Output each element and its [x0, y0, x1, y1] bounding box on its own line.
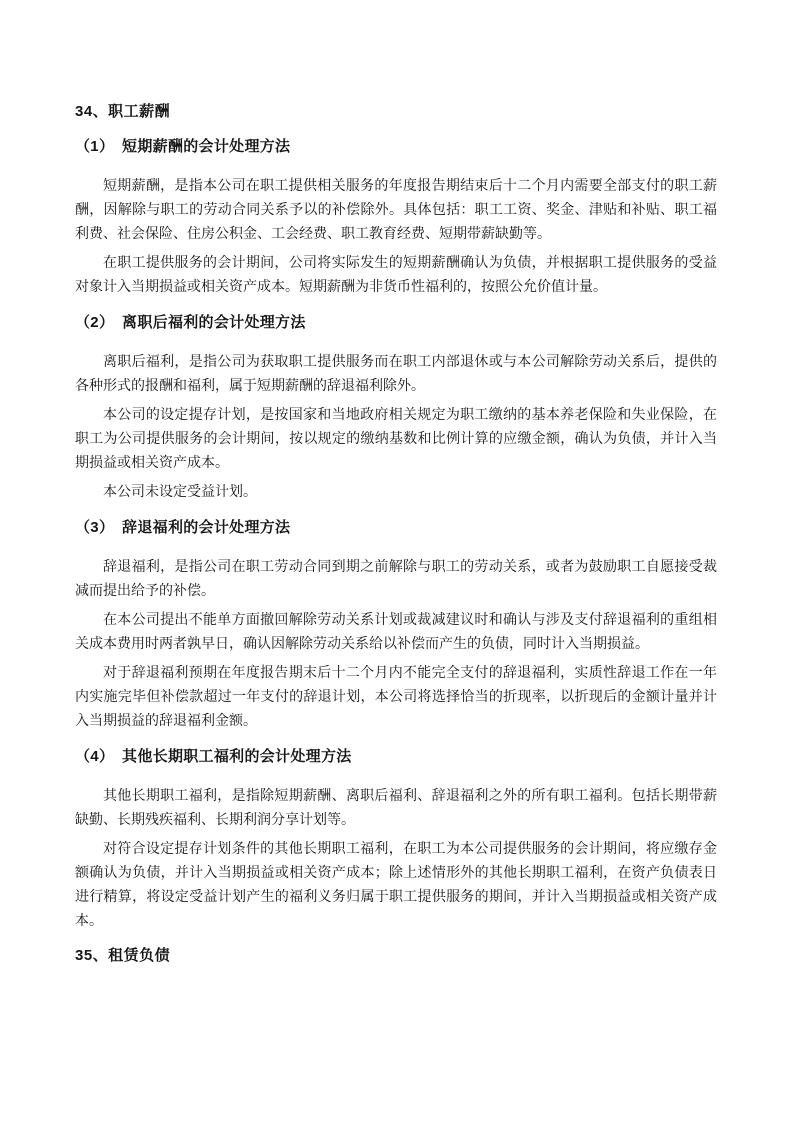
paragraph-short-term-recognition: 在职工提供服务的会计期间，公司将实际发生的短期薪酬确认为负债，并根据职工提供服务…: [75, 252, 717, 300]
subsection-heading-2-post-employment-benefits: （2） 离职后福利的会计处理方法: [75, 311, 717, 335]
section-heading-34-employee-compensation: 34、职工薪酬: [75, 100, 717, 124]
paragraph-termination-definition: 辞退福利，是指公司在职工劳动合同到期之前解除与职工的劳动关系，或者为鼓励职工自愿…: [75, 556, 717, 604]
paragraph-short-term-definition: 短期薪酬，是指本公司在职工提供相关服务的年度报告期结束后十二个月内需要全部支付的…: [75, 175, 717, 247]
paragraph-post-employment-definition: 离职后福利，是指公司为获取职工提供服务而在职工内部退休或与本公司解除劳动关系后，…: [75, 351, 717, 399]
paragraph-no-defined-benefit-plan: 本公司未设定受益计划。: [75, 481, 717, 505]
subsection-heading-3-termination-benefits: （3） 辞退福利的会计处理方法: [75, 516, 717, 540]
paragraph-other-long-term-definition: 其他长期职工福利，是指除短期薪酬、离职后福利、辞退福利之外的所有职工福利。包括长…: [75, 785, 717, 833]
paragraph-termination-recognition: 在本公司提出不能单方面撤回解除劳动关系计划或裁减建议时和确认与涉及支付辞退福利的…: [75, 609, 717, 657]
paragraph-other-long-term-recognition: 对符合设定提存计划条件的其他长期职工福利，在职工为本公司提供服务的会计期间，将应…: [75, 838, 717, 934]
paragraph-defined-contribution-plan: 本公司的设定提存计划，是按国家和当地政府相关规定为职工缴纳的基本养老保险和失业保…: [75, 404, 717, 476]
subsection-heading-4-other-long-term-benefits: （4） 其他长期职工福利的会计处理方法: [75, 745, 717, 769]
paragraph-termination-discounting: 对于辞退福利预期在年度报告期末后十二个月内不能完全支付的辞退福利，实质性辞退工作…: [75, 662, 717, 734]
subsection-heading-1-short-term-compensation: （1） 短期薪酬的会计处理方法: [75, 135, 717, 159]
document-page: 34、职工薪酬 （1） 短期薪酬的会计处理方法 短期薪酬，是指本公司在职工提供相…: [0, 0, 793, 1122]
section-heading-35-lease-liabilities: 35、租赁负债: [75, 944, 717, 968]
